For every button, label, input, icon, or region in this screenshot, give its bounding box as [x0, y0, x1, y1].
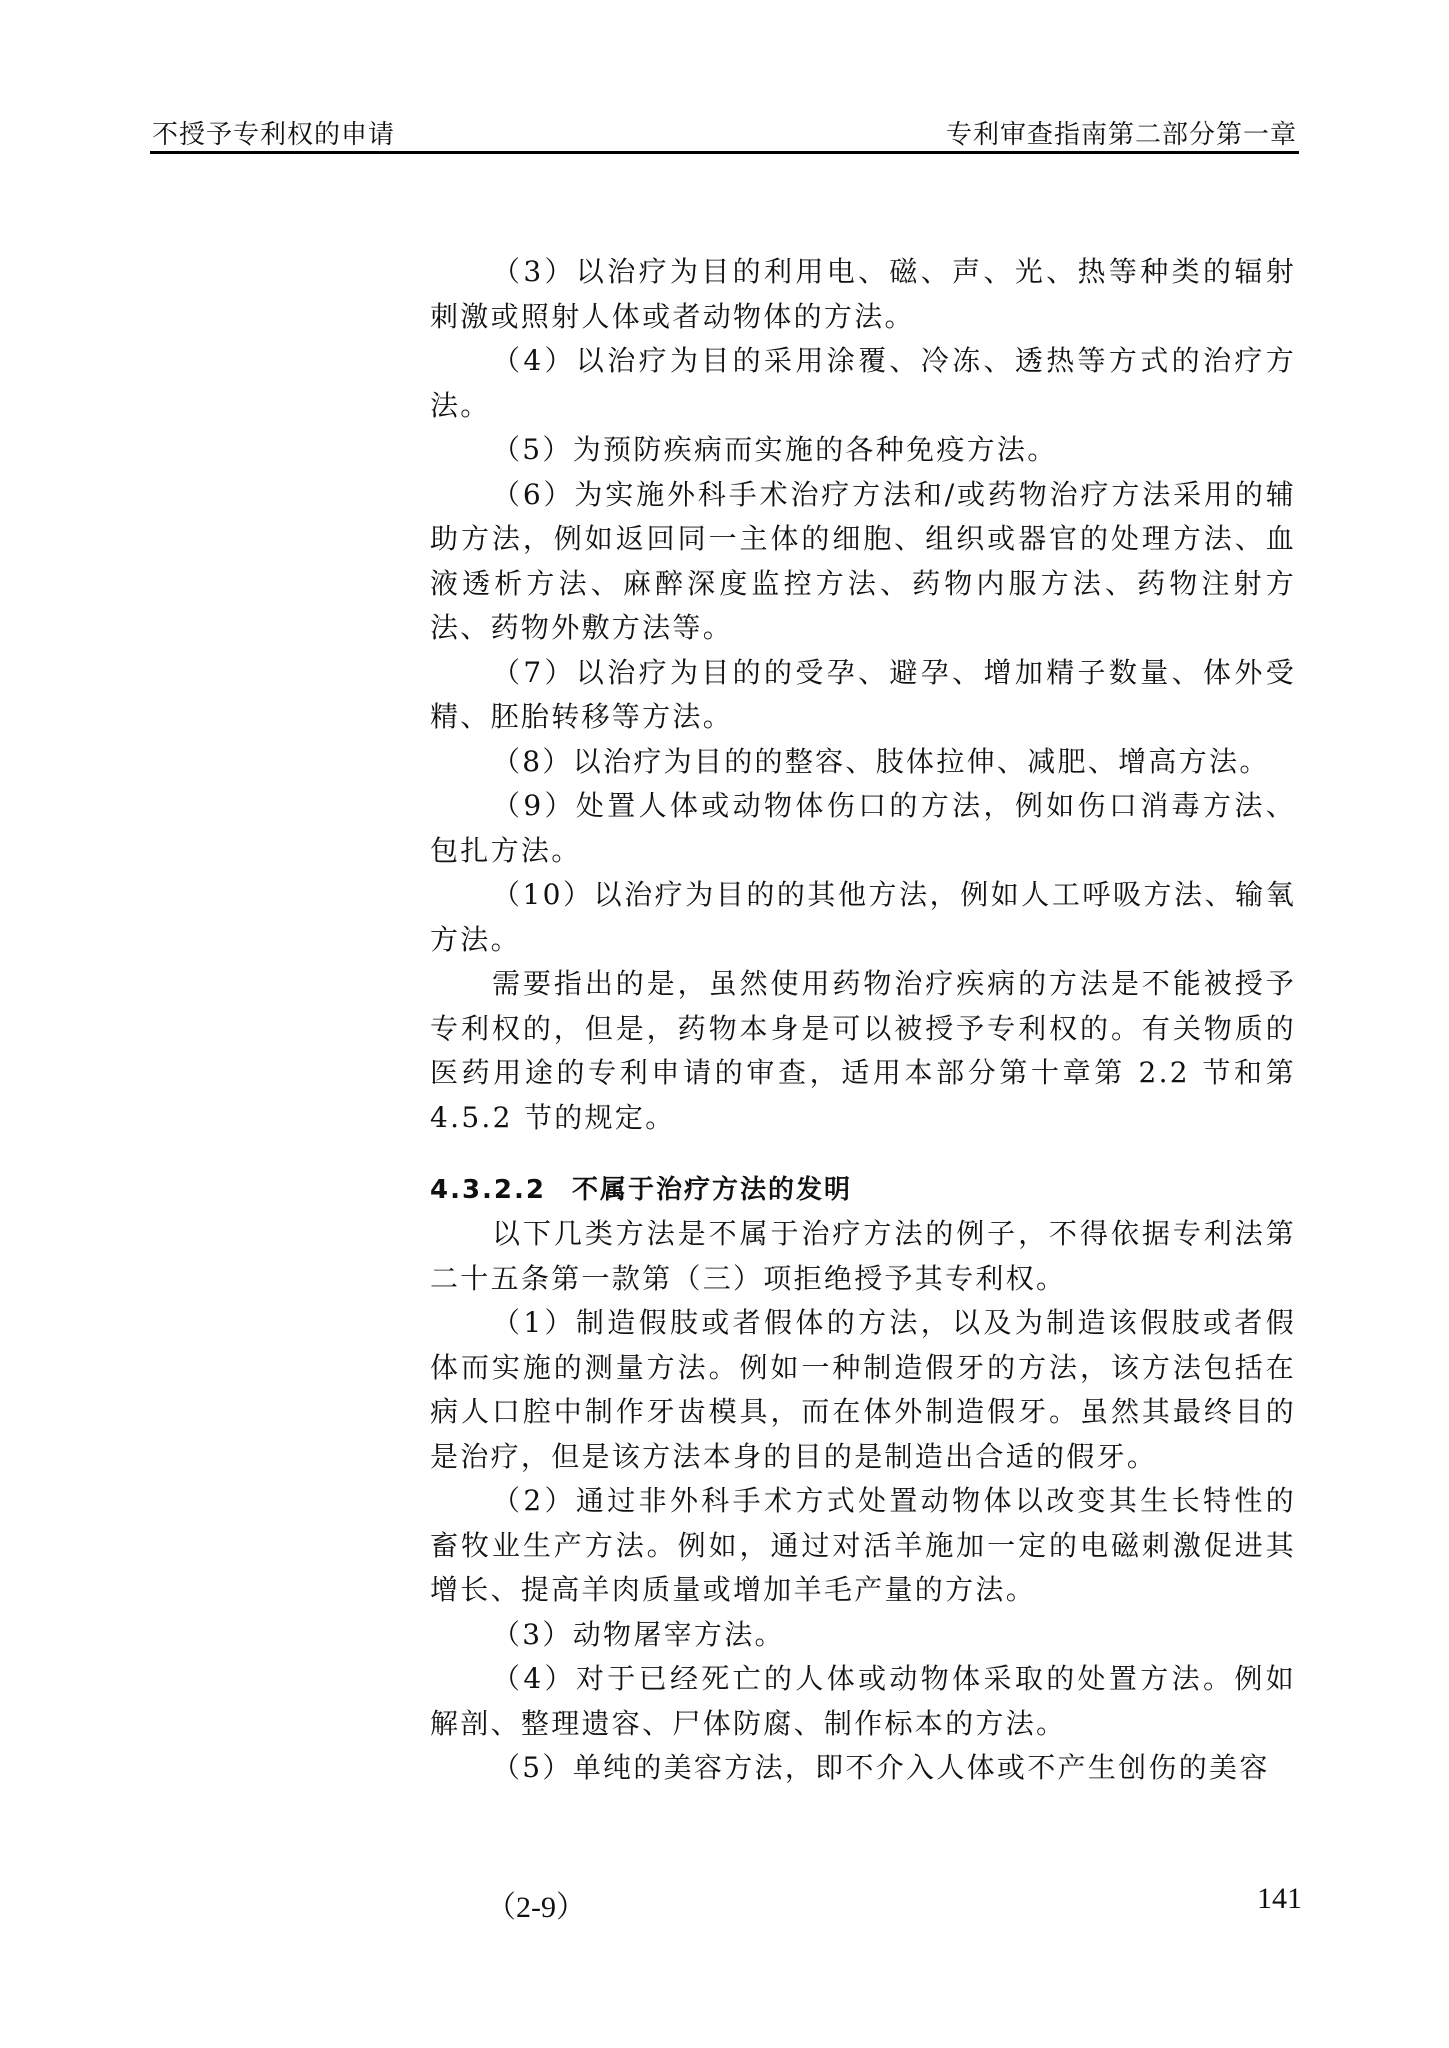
list-item: （5）为预防疾病而实施的各种免疫方法。: [430, 428, 1296, 473]
list-item: （3）动物屠宰方法。: [430, 1613, 1296, 1658]
note-paragraph: 需要指出的是，虽然使用药物治疗疾病的方法是不能被授予专利权的，但是，药物本身是可…: [430, 962, 1296, 1140]
list-item: （7）以治疗为目的的受孕、避孕、增加精子数量、体外受精、胚胎转移等方法。: [430, 651, 1296, 740]
header-chapter-title: 不授予专利权的申请: [152, 114, 395, 151]
list-item: （4）对于已经死亡的人体或动物体采取的处置方法。例如解剖、整理遗容、尸体防腐、制…: [430, 1657, 1296, 1746]
intro-paragraph: 以下几类方法是不属于治疗方法的例子，不得依据专利法第二十五条第一款第（三）项拒绝…: [430, 1212, 1296, 1301]
list-item: （2）通过非外科手术方式处置动物体以改变其生长特性的畜牧业生产方法。例如，通过对…: [430, 1479, 1296, 1613]
section-heading: 4.3.2.2不属于治疗方法的发明: [430, 1168, 1296, 1212]
list-item: （1）制造假肢或者假体的方法，以及为制造该假肢或者假体而实施的测量方法。例如一种…: [430, 1301, 1296, 1479]
section-title: 不属于治疗方法的发明: [572, 1175, 852, 1205]
section-number: 4.3.2.2: [430, 1175, 546, 1205]
list-item: （10）以治疗为目的的其他方法，例如人工呼吸方法、输氧方法。: [430, 873, 1296, 962]
document-page: 不授予专利权的申请 专利审查指南第二部分第一章 （3）以治疗为目的利用电、磁、声…: [0, 0, 1449, 2048]
list-item: （9）处置人体或动物体伤口的方法，例如伤口消毒方法、包扎方法。: [430, 784, 1296, 873]
header-guide-title: 专利审查指南第二部分第一章: [946, 114, 1297, 151]
running-header: 不授予专利权的申请 专利审查指南第二部分第一章: [150, 112, 1299, 152]
list-item: （5）单纯的美容方法，即不介入人体或不产生创伤的美容: [430, 1746, 1296, 1791]
page-number: 141: [1257, 1882, 1302, 1916]
header-divider: [150, 151, 1299, 154]
list-item: （4）以治疗为目的采用涂覆、冷冻、透热等方式的治疗方法。: [430, 339, 1296, 428]
footer-section-ref: （2-9）: [486, 1882, 586, 1926]
body-text: （3）以治疗为目的利用电、磁、声、光、热等种类的辐射刺激或照射人体或者动物体的方…: [430, 250, 1296, 1791]
list-item: （6）为实施外科手术治疗方法和/或药物治疗方法采用的辅助方法，例如返回同一主体的…: [430, 473, 1296, 651]
list-item: （8）以治疗为目的的整容、肢体拉伸、减肥、增高方法。: [430, 740, 1296, 785]
list-item: （3）以治疗为目的利用电、磁、声、光、热等种类的辐射刺激或照射人体或者动物体的方…: [430, 250, 1296, 339]
